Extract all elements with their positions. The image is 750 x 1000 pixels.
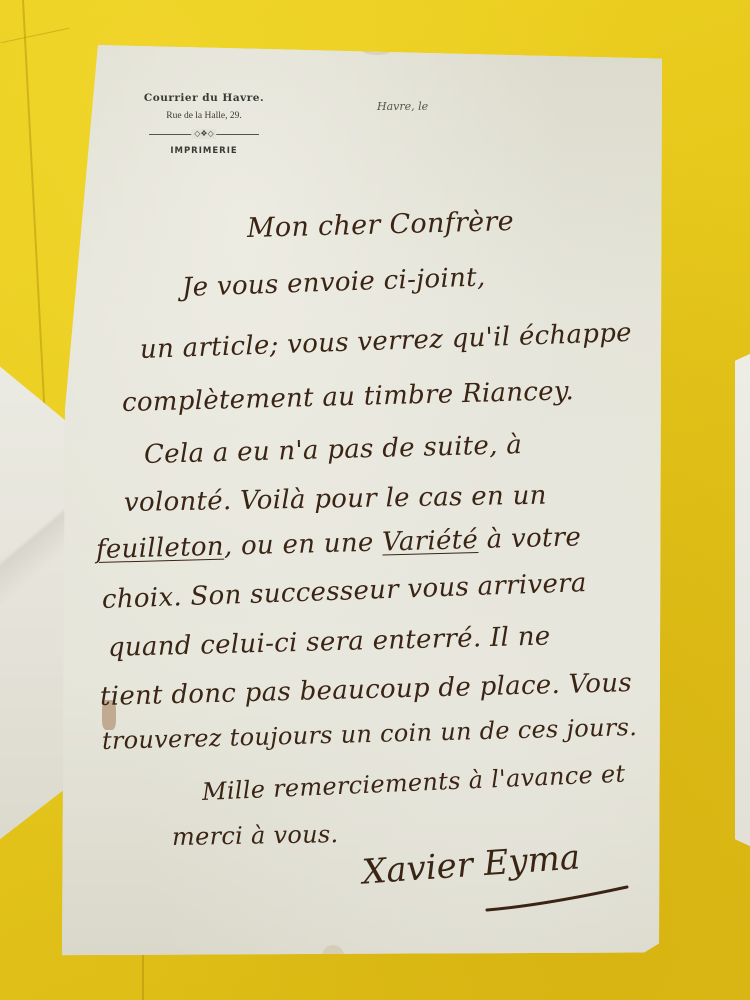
paper-stain bbox=[322, 945, 344, 967]
salutation: Mon cher Confrère bbox=[247, 206, 515, 244]
letterhead-ornament: ◇❖◇ bbox=[149, 130, 259, 138]
underlined-word: Variété bbox=[382, 525, 479, 558]
background-crease bbox=[1, 28, 70, 44]
body-line: choix. Son successeur vous arrivera bbox=[101, 568, 587, 615]
body-line: quand celui-ci sera enterré. Il ne bbox=[108, 621, 551, 663]
paper-stain bbox=[362, 45, 392, 55]
ornament-glyph: ◇❖◇ bbox=[191, 129, 216, 139]
body-line-underlined: feuilleton, ou en une Variété à votre bbox=[96, 522, 582, 565]
letter-sheet: Courrier du Havre. Rue de la Halle, 29. … bbox=[62, 45, 662, 957]
letterhead-address: Rue de la Halle, 29. bbox=[124, 111, 284, 121]
body-line: Cela a eu n'a pas de suite, à bbox=[144, 430, 523, 470]
body-line: volonté. Voilà pour le cas en un bbox=[124, 481, 547, 518]
body-line: trouverez toujours un coin un de ces jou… bbox=[102, 713, 638, 755]
body-line: tient donc pas beaucoup de place. Vous bbox=[100, 668, 633, 712]
body-line: un article; vous verrez qu'il échappe bbox=[139, 318, 632, 365]
envelope-right bbox=[735, 340, 750, 860]
background-crease bbox=[142, 955, 144, 1000]
background-crease bbox=[22, 0, 46, 419]
underlined-word: feuilleton bbox=[96, 532, 225, 565]
body-line: complètement au timbre Riancey. bbox=[122, 376, 575, 418]
body-line: Je vous envoie ci-joint, bbox=[181, 262, 485, 303]
letterhead-department: IMPRIMERIE bbox=[124, 146, 284, 156]
closing-line: Mille remerciements à l'avance et bbox=[201, 760, 626, 806]
letterhead-title: Courrier du Havre. bbox=[124, 92, 284, 104]
signature-flourish-icon bbox=[482, 885, 632, 915]
closing-line: merci à vous. bbox=[172, 820, 339, 851]
letterhead: Courrier du Havre. Rue de la Halle, 29. … bbox=[124, 92, 284, 156]
place-date-label: Havre, le bbox=[377, 100, 428, 113]
